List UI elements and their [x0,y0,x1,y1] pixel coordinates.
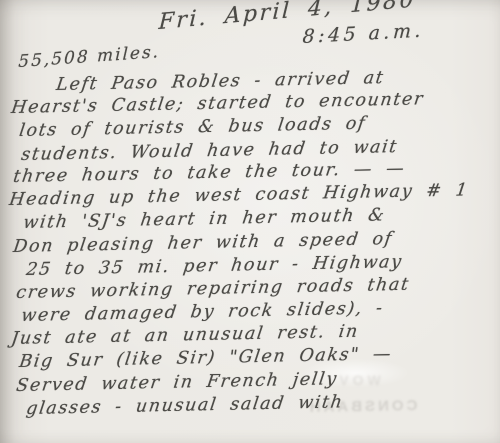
journal-line-7: with 'SJ's heart in her mouth & [22,205,387,233]
odometer-line: 55,508 miles. [18,42,160,72]
journal-line-3: lots of tourists & bus loads of [18,114,367,141]
journal-line-12: Just ate at an unusual rest. in [10,322,360,349]
journal-line-14: Served water in French jelly [15,369,339,396]
time-line: 8:45 a.m. [302,20,425,48]
journal-page: WOV CONSBAAH Fri. April 4, 1980 8:45 a.m… [0,0,500,443]
journal-line-13: Big Sur (like Sir) "Glen Oaks" — [18,344,393,372]
